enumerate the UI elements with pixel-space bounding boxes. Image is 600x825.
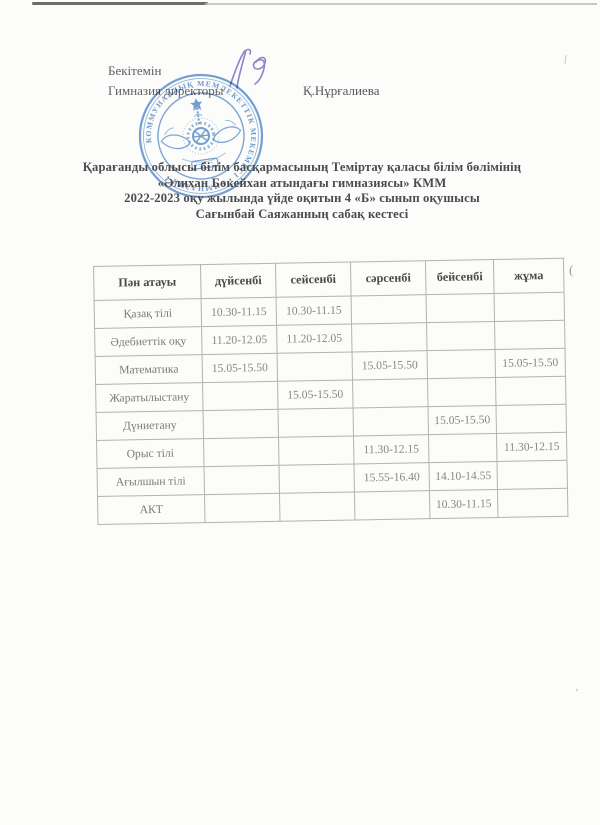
time-cell (427, 322, 495, 351)
subject-cell: Математика (95, 355, 202, 385)
time-cell: 11.30-12.15 (354, 435, 429, 464)
time-cell (353, 379, 428, 408)
scan-speck: ( (569, 262, 573, 278)
time-cell: 15.05-15.50 (495, 348, 565, 377)
time-cell: 10.30-11.15 (429, 489, 497, 518)
time-cell (279, 464, 354, 493)
time-cell: 15.05-15.50 (352, 351, 427, 380)
subject-cell: Орыс тілі (97, 439, 204, 469)
document-title: Қарағанды облысы білім басқармасының Тем… (0, 160, 600, 222)
col-header-subject: Пән атауы (94, 265, 202, 301)
subject-cell: Қазақ тілі (94, 299, 201, 329)
schedule-table: Пән атауы дүйсенбі сейсенбі сәрсенбі бей… (93, 258, 568, 525)
time-cell (278, 408, 353, 437)
subject-cell: Ағылшын тілі (97, 467, 204, 497)
time-cell: 10.30-11.15 (276, 296, 351, 325)
time-cell (428, 377, 496, 406)
col-header-thursday: бейсенбі (425, 260, 494, 295)
time-cell: 14.10-14.55 (429, 461, 497, 490)
time-cell (351, 295, 426, 324)
document-title-line-4: Сағынбай Саяжанның сабақ кестесі (0, 207, 600, 223)
time-cell (495, 320, 565, 349)
time-cell: 15.05-15.50 (278, 380, 353, 409)
time-cell (427, 349, 495, 378)
time-cell (494, 292, 564, 321)
time-cell: 11.30-12.15 (496, 432, 566, 461)
time-cell (203, 381, 278, 410)
col-header-friday: жұма (493, 258, 564, 293)
scan-speck: ’ (575, 687, 579, 699)
col-header-tuesday: сейсенбі (275, 262, 351, 297)
time-cell (352, 323, 427, 352)
document-title-line-1: Қарағанды облысы білім басқармасының Тем… (0, 160, 600, 176)
time-cell (279, 436, 354, 465)
time-cell: 15.05-15.50 (428, 405, 496, 434)
time-cell (205, 493, 280, 522)
subject-cell: АКТ (98, 495, 205, 525)
time-cell (496, 376, 566, 405)
subject-cell: Дүниетану (96, 411, 203, 441)
time-cell: 15.05-15.50 (202, 353, 277, 382)
director-signature (216, 40, 288, 112)
time-cell: 11.20-12.05 (202, 325, 277, 354)
time-cell (203, 409, 278, 438)
subject-cell: Жаратылыстану (96, 383, 203, 413)
subject-cell: Әдебиеттік оқу (95, 327, 202, 357)
time-cell (277, 352, 352, 381)
schedule-table-wrap: Пән атауы дүйсенбі сейсенбі сәрсенбі бей… (93, 258, 567, 525)
time-cell (279, 492, 354, 521)
document-title-line-3: 2022-2023 оқу жылында үйде оқитын 4 «Б» … (0, 191, 600, 207)
time-cell (204, 465, 279, 494)
scan-edge-artifact-light (205, 3, 597, 5)
time-cell (204, 437, 279, 466)
scanned-paper: ( ’ Бекітемін Гимназия директоры Қ.Нұрға… (0, 0, 600, 825)
time-cell: 15.55-16.40 (354, 463, 429, 492)
time-cell: 10.30-11.15 (201, 297, 276, 326)
time-cell (428, 433, 496, 462)
time-cell (496, 404, 566, 433)
director-name: Қ.Нұрғалиева (303, 83, 379, 99)
col-header-monday: дүйсенбі (200, 263, 276, 298)
time-cell (497, 460, 567, 489)
time-cell (354, 491, 429, 520)
time-cell: 11.20-12.05 (277, 324, 352, 353)
scan-edge-artifact-dark (32, 2, 208, 5)
time-cell (426, 294, 494, 323)
time-cell (353, 407, 428, 436)
document-title-line-2: «Әлихан Бөкейхан атындағы гимназиясы» КМ… (0, 176, 600, 192)
col-header-wednesday: сәрсенбі (350, 261, 426, 296)
time-cell (497, 488, 567, 517)
scan-tick-artifact (564, 55, 566, 64)
